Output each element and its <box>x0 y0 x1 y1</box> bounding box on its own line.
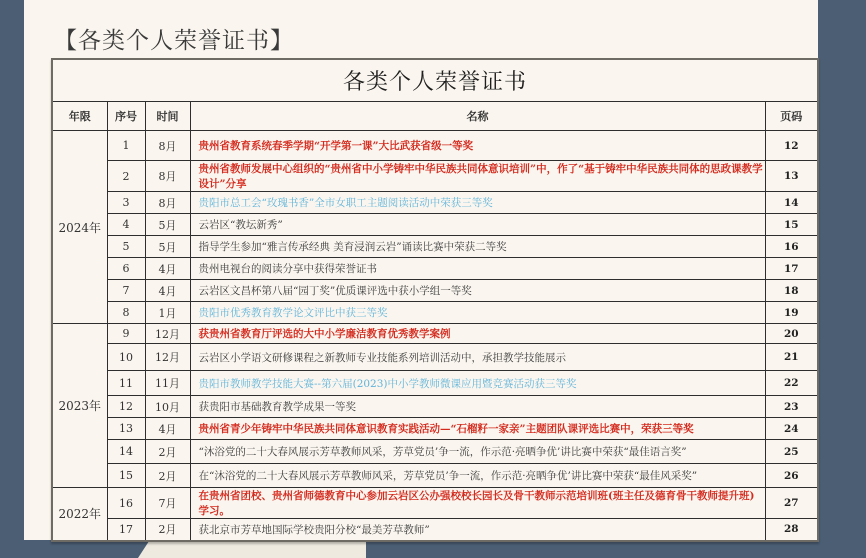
seq-cell: 6 <box>107 258 145 280</box>
seq-cell: 13 <box>107 418 145 440</box>
page-cell: 27 <box>765 488 818 519</box>
name-cell: 贵州省教师发展中心组织的“贵州省中小学铸牢中华民族共同体意识培训”中，作了“基于… <box>190 161 765 192</box>
time-cell: 4月 <box>145 258 190 280</box>
time-cell: 5月 <box>145 236 190 258</box>
table-row: 1210月获贵阳市基础教育教学成果一等奖23 <box>52 396 818 418</box>
table-row: 28月贵州省教师发展中心组织的“贵州省中小学铸牢中华民族共同体意识培训”中，作了… <box>52 161 818 192</box>
name-cell: 贵阳市教师教学技能大赛--第六届(2023)中小学教师微课应用暨竞赛活动获三等奖 <box>190 371 765 396</box>
time-cell: 2月 <box>145 440 190 464</box>
time-cell: 12月 <box>145 324 190 344</box>
year-cell: 2023年 <box>52 324 107 488</box>
seq-cell: 14 <box>107 440 145 464</box>
name-cell: 在“沐浴党的二十大春风展示芳草教师风采，芳草党员’争一流，作示范·亮晒争优’讲比… <box>190 464 765 488</box>
time-cell: 10月 <box>145 396 190 418</box>
name-cell: 贵州电视台的阅读分享中获得荣誉证书 <box>190 258 765 280</box>
page-cell: 22 <box>765 371 818 396</box>
seq-cell: 4 <box>107 214 145 236</box>
page-cell: 15 <box>765 214 818 236</box>
table-row: 45月云岩区“教坛新秀”15 <box>52 214 818 236</box>
header-year: 年限 <box>52 102 107 131</box>
time-cell: 8月 <box>145 161 190 192</box>
name-cell: 贵州省教育系统春季学期“开学第一课”大比武获省级一等奖 <box>190 131 765 161</box>
page-cell: 18 <box>765 280 818 302</box>
table-title: 各类个人荣誉证书 <box>52 59 818 102</box>
time-cell: 7月 <box>145 488 190 519</box>
page-cell: 23 <box>765 396 818 418</box>
page-cell: 21 <box>765 344 818 371</box>
name-cell: “沐浴党的二十大春风展示芳草教师风采，芳草党员’争一流，作示范·亮晒争优’讲比赛… <box>190 440 765 464</box>
time-cell: 2月 <box>145 519 190 541</box>
table-body: 2024年18月贵州省教育系统春季学期“开学第一课”大比武获省级一等奖1228月… <box>52 131 818 541</box>
time-cell: 4月 <box>145 280 190 302</box>
name-cell: 获贵州省教育厅评选的大中小学廉洁教育优秀教学案例 <box>190 324 765 344</box>
time-cell: 12月 <box>145 344 190 371</box>
table-row: 74月云岩区文昌杯第八届“园丁奖”优质课评选中获小学组一等奖18 <box>52 280 818 302</box>
page-cell: 14 <box>765 192 818 214</box>
time-cell: 4月 <box>145 418 190 440</box>
year-cell: 2024年 <box>52 131 107 324</box>
time-cell: 5月 <box>145 214 190 236</box>
seq-cell: 1 <box>107 131 145 161</box>
seq-cell: 11 <box>107 371 145 396</box>
seq-cell: 15 <box>107 464 145 488</box>
time-cell: 11月 <box>145 371 190 396</box>
page-cell: 24 <box>765 418 818 440</box>
certificate-table: 各类个人荣誉证书 年限 序号 时间 名称 页码 2024年18月贵州省教育系统春… <box>51 58 819 542</box>
name-cell: 指导学生参加“雅言传承经典 美育浸润云岩”诵读比赛中荣获二等奖 <box>190 236 765 258</box>
table-row: 64月贵州电视台的阅读分享中获得荣誉证书17 <box>52 258 818 280</box>
name-cell: 云岩区小学语文研修课程之新教师专业技能系列培训活动中，承担教学技能展示 <box>190 344 765 371</box>
table-row: 2024年18月贵州省教育系统春季学期“开学第一课”大比武获省级一等奖12 <box>52 131 818 161</box>
table-row: 2022年167月在贵州省团校、贵州省师德教育中心参加云岩区公办强校校长园长及骨… <box>52 488 818 519</box>
name-cell: 贵阳市总工会“玫瑰书香”全市女职工主题阅读活动中荣获三等奖 <box>190 192 765 214</box>
page-cell: 20 <box>765 324 818 344</box>
time-cell: 2月 <box>145 464 190 488</box>
header-name: 名称 <box>190 102 765 131</box>
table-row: 81月贵阳市优秀教育教学论文评比中获三等奖19 <box>52 302 818 324</box>
page-cell: 13 <box>765 161 818 192</box>
name-cell: 在贵州省团校、贵州省师德教育中心参加云岩区公办强校校长园长及骨干教师示范培训班(… <box>190 488 765 519</box>
seq-cell: 8 <box>107 302 145 324</box>
seq-cell: 10 <box>107 344 145 371</box>
year-cell: 2022年 <box>52 488 107 541</box>
time-cell: 1月 <box>145 302 190 324</box>
time-cell: 8月 <box>145 192 190 214</box>
seq-cell: 17 <box>107 519 145 541</box>
seq-cell: 7 <box>107 280 145 302</box>
table-row: 2023年912月获贵州省教育厅评选的大中小学廉洁教育优秀教学案例20 <box>52 324 818 344</box>
table-row: 38月贵阳市总工会“玫瑰书香”全市女职工主题阅读活动中荣获三等奖14 <box>52 192 818 214</box>
seq-cell: 12 <box>107 396 145 418</box>
page-cell: 28 <box>765 519 818 541</box>
table-row: 55月指导学生参加“雅言传承经典 美育浸润云岩”诵读比赛中荣获二等奖16 <box>52 236 818 258</box>
page-cell: 12 <box>765 131 818 161</box>
page-cell: 19 <box>765 302 818 324</box>
table-row: 142月“沐浴党的二十大春风展示芳草教师风采，芳草党员’争一流，作示范·亮晒争优… <box>52 440 818 464</box>
time-cell: 8月 <box>145 131 190 161</box>
header-time: 时间 <box>145 102 190 131</box>
table-row: 1111月贵阳市教师教学技能大赛--第六届(2023)中小学教师微课应用暨竞赛活… <box>52 371 818 396</box>
table-row: 134月贵州省青少年铸牢中华民族共同体意识教育实践活动—“石榴籽一家亲”主题团队… <box>52 418 818 440</box>
name-cell: 获贵阳市基础教育教学成果一等奖 <box>190 396 765 418</box>
seq-cell: 5 <box>107 236 145 258</box>
name-cell: 获北京市芳草地国际学校贵阳分校“最美芳草教师” <box>190 519 765 541</box>
table-row: 172月获北京市芳草地国际学校贵阳分校“最美芳草教师”28 <box>52 519 818 541</box>
page-cell: 26 <box>765 464 818 488</box>
page-cell: 25 <box>765 440 818 464</box>
page-cell: 17 <box>765 258 818 280</box>
table-row: 152月在“沐浴党的二十大春风展示芳草教师风采，芳草党员’争一流，作示范·亮晒争… <box>52 464 818 488</box>
table-row: 1012月云岩区小学语文研修课程之新教师专业技能系列培训活动中，承担教学技能展示… <box>52 344 818 371</box>
name-cell: 云岩区“教坛新秀” <box>190 214 765 236</box>
section-heading: 【各类个人荣誉证书】 <box>54 22 294 55</box>
name-cell: 贵州省青少年铸牢中华民族共同体意识教育实践活动—“石榴籽一家亲”主题团队课评选比… <box>190 418 765 440</box>
page-cell: 16 <box>765 236 818 258</box>
header-row: 年限 序号 时间 名称 页码 <box>52 102 818 131</box>
seq-cell: 9 <box>107 324 145 344</box>
seq-cell: 2 <box>107 161 145 192</box>
seq-cell: 16 <box>107 488 145 519</box>
seq-cell: 3 <box>107 192 145 214</box>
header-seq: 序号 <box>107 102 145 131</box>
name-cell: 云岩区文昌杯第八届“园丁奖”优质课评选中获小学组一等奖 <box>190 280 765 302</box>
name-cell: 贵阳市优秀教育教学论文评比中获三等奖 <box>190 302 765 324</box>
header-page: 页码 <box>765 102 818 131</box>
